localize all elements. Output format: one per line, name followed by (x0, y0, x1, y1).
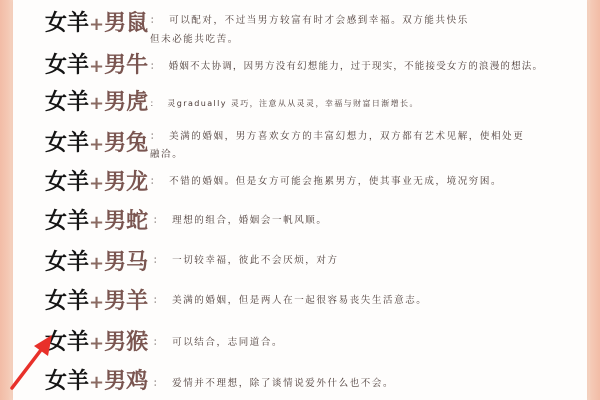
pair-description: ：一切较幸福，彼此不会厌烦，对方 (153, 253, 339, 269)
pair-description: ：可以配对，不过当男方较富有时才会感到幸福。双方能共快乐 但未必能共吃苦。 (150, 13, 469, 48)
plus-sign: + (89, 93, 104, 114)
description-line: 可以结合，志同道合。 (172, 337, 283, 348)
colon: ： (153, 295, 164, 306)
pair-label: 女羊+男马 (45, 243, 148, 284)
pair-label: 女羊+男龙 (45, 163, 148, 204)
female-sign: 女羊 (45, 250, 89, 275)
description-line: 婚姻不太协调，因男方没有幻想能力，过于现实，不能接受女方的浪漫的想法。 (169, 61, 544, 72)
pair-label: 女羊+男兔 (45, 124, 148, 165)
pair-label: 女羊+男鼠 (45, 4, 148, 45)
plus-sign: + (89, 14, 104, 35)
female-sign: 女羊 (45, 90, 89, 115)
pair-label: 女羊+男羊 (45, 282, 148, 323)
description-line: 美满的婚姻，但是两人在一起很容易丧失生活意志。 (172, 295, 427, 306)
compatibility-row-rabbit: 女羊+男兔 ：美满的婚姻，男方喜欢女方的丰富幻想力，双方都有艺术见解，使相处更 … (13, 124, 587, 164)
plus-sign: + (89, 212, 104, 233)
female-sign: 女羊 (45, 11, 89, 36)
description-line: 不错的婚姻。但是女方可能会拖累男方，使其事业无成，境况穷困。 (169, 176, 502, 187)
description-line: 理想的组合，婚姻会一帆风顺。 (172, 215, 327, 226)
plus-sign: + (89, 134, 104, 155)
pair-description: ：理想的组合，婚姻会一帆风顺。 (153, 213, 328, 229)
pair-description: ：可以结合，志同道合。 (153, 335, 283, 351)
description-line: 灵gradually 灵巧，注意从从灵灵，幸福与财富日渐增长。 (167, 99, 418, 108)
description-line: 可以配对，不过当男方较富有时才会感到幸福。双方能共快乐 (169, 15, 469, 26)
colon: ： (150, 61, 161, 72)
female-sign: 女羊 (45, 53, 89, 78)
colon: ： (153, 337, 164, 348)
colon: ： (153, 215, 164, 226)
female-sign: 女羊 (45, 131, 89, 156)
pair-label: 女羊+男猴 (45, 323, 148, 364)
male-sign: 男兔 (104, 131, 148, 156)
female-sign: 女羊 (45, 289, 89, 314)
description-line: 美满的婚姻，男方喜欢女方的丰富幻想力，双方都有艺术见解，使相处更 (169, 131, 524, 142)
pair-description: ：美满的婚姻，但是两人在一起很容易丧失生活意志。 (153, 293, 427, 309)
compatibility-row-tiger: 女羊+男虎 ：灵gradually 灵巧，注意从从灵灵，幸福与财富日渐增长。 (13, 83, 587, 123)
male-sign: 男猴 (104, 330, 148, 355)
male-sign: 男牛 (104, 53, 148, 78)
compatibility-row-rat: 女羊+男鼠 ：可以配对，不过当男方较富有时才会感到幸福。双方能共快乐 但未必能共… (13, 4, 587, 44)
compatibility-row-monkey: 女羊+男猴 ：可以结合，志同道合。 (13, 323, 587, 363)
male-sign: 男蛇 (104, 209, 148, 234)
male-sign: 男马 (104, 250, 148, 275)
description-line: 爱情并不理想，除了谈情说爱外什么也不会。 (172, 378, 394, 389)
pair-description: ：美满的婚姻，男方喜欢女方的丰富幻想力，双方都有艺术见解，使相处更 融洽。 (150, 129, 524, 163)
plus-sign: + (89, 253, 104, 274)
female-sign: 女羊 (45, 369, 89, 394)
colon: ： (153, 255, 164, 266)
female-sign: 女羊 (45, 209, 89, 234)
description-line: 融洽。 (150, 149, 183, 160)
plus-sign: + (89, 56, 104, 77)
compatibility-row-snake: 女羊+男蛇 ：理想的组合，婚姻会一帆风顺。 (13, 202, 587, 242)
plus-sign: + (89, 173, 104, 194)
pair-description: ：不错的婚姻。但是女方可能会拖累男方，使其事业无成，境况穷困。 (150, 174, 502, 190)
pair-description: ：婚姻不太协调，因男方没有幻想能力，过于现实，不能接受女方的浪漫的想法。 (150, 59, 543, 75)
colon: ： (150, 176, 161, 187)
colon: ： (150, 99, 159, 108)
description-line: 一切较幸福，彼此不会厌烦，对方 (172, 255, 339, 266)
compatibility-row-rooster: 女羊+男鸡 ：爱情并不理想，除了谈情说爱外什么也不会。 (13, 362, 587, 400)
compatibility-row-goat: 女羊+男羊 ：美满的婚姻，但是两人在一起很容易丧失生活意志。 (13, 282, 587, 322)
pair-label: 女羊+男鸡 (45, 362, 148, 400)
male-sign: 男鸡 (104, 369, 148, 394)
male-sign: 男羊 (104, 289, 148, 314)
colon: ： (153, 378, 164, 389)
plus-sign: + (89, 333, 104, 354)
pair-label: 女羊+男蛇 (45, 202, 148, 243)
pair-label: 女羊+男牛 (45, 46, 148, 87)
pair-description: ：灵gradually 灵巧，注意从从灵灵，幸福与财富日渐增长。 (150, 96, 419, 112)
compatibility-row-horse: 女羊+男马 ：一切较幸福，彼此不会厌烦，对方 (13, 243, 587, 283)
colon: ： (150, 15, 161, 26)
plus-sign: + (89, 292, 104, 313)
description-line: 但未必能共吃苦。 (150, 34, 239, 45)
pair-label: 女羊+男虎 (45, 83, 148, 124)
colon: ： (150, 131, 161, 142)
compatibility-card: 女羊+男鼠 ：可以配对，不过当男方较富有时才会感到幸福。双方能共快乐 但未必能共… (13, 0, 587, 400)
female-sign: 女羊 (45, 330, 89, 355)
female-sign: 女羊 (45, 170, 89, 195)
pair-description: ：爱情并不理想，除了谈情说爱外什么也不会。 (153, 376, 394, 392)
male-sign: 男鼠 (104, 11, 148, 36)
page-background: 女羊+男鼠 ：可以配对，不过当男方较富有时才会感到幸福。双方能共快乐 但未必能共… (0, 0, 600, 400)
male-sign: 男虎 (104, 90, 148, 115)
compatibility-row-dragon: 女羊+男龙 ：不错的婚姻。但是女方可能会拖累男方，使其事业无成，境况穷困。 (13, 163, 587, 203)
male-sign: 男龙 (104, 170, 148, 195)
plus-sign: + (89, 372, 104, 393)
compatibility-row-ox: 女羊+男牛 ：婚姻不太协调，因男方没有幻想能力，过于现实，不能接受女方的浪漫的想… (13, 46, 587, 86)
